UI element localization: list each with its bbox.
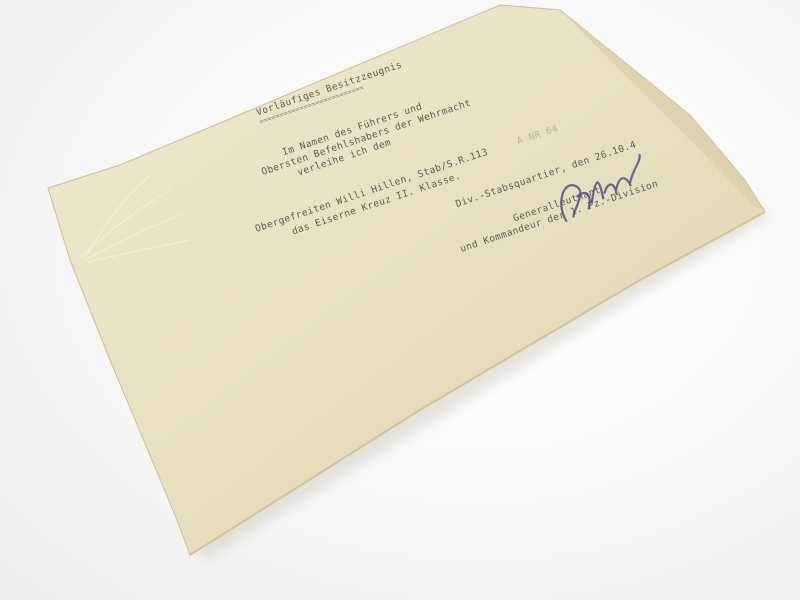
paper-sheet bbox=[0, 0, 800, 600]
